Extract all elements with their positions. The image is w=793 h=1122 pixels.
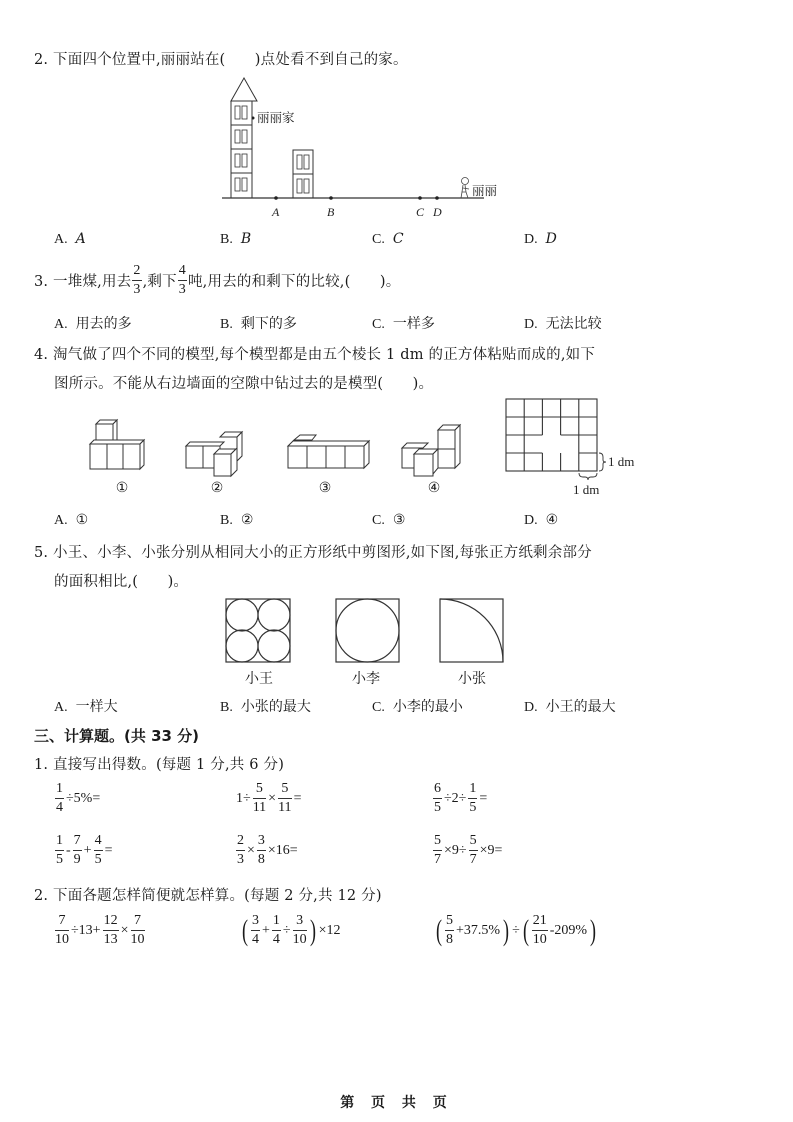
parenthesis: ): [310, 916, 316, 946]
page-footer: 第 页 共 页: [0, 1092, 793, 1112]
operator-text: ×9÷: [444, 843, 467, 859]
figure-caption-xiaozhang: 小张: [452, 668, 492, 688]
operator-text: =: [479, 791, 487, 807]
fraction: 2110: [532, 914, 548, 947]
operator-text: ×: [268, 791, 276, 807]
cube-model-1-icon: [90, 420, 144, 469]
question-2-stem: 2. 下面四个位置中,丽丽站在( )点处看不到自己的家。: [34, 48, 408, 69]
parenthesis: ): [503, 916, 509, 946]
fraction: 65: [433, 782, 442, 815]
fraction: 79: [73, 834, 82, 867]
operator-text: ×12: [319, 923, 341, 939]
q5-option-d[interactable]: D.小王的最大: [524, 696, 616, 716]
one-circle-square-icon: [336, 599, 399, 662]
calc-item: 65÷2÷15=: [432, 782, 488, 815]
fraction: 34: [251, 914, 260, 947]
parenthesis: (: [242, 916, 248, 946]
q2-option-a[interactable]: A.A: [54, 231, 86, 248]
operator-text: +: [262, 923, 270, 939]
calc-item: 1÷511×511=: [235, 782, 302, 815]
fraction: 310: [293, 914, 307, 947]
operator-text: +37.5%: [456, 923, 500, 939]
cube-models-figure: [80, 418, 480, 478]
fraction: 511: [278, 782, 291, 815]
q3-option-a[interactable]: A.用去的多: [54, 313, 132, 333]
fraction: 38: [257, 834, 266, 867]
operator-text: =: [105, 843, 113, 859]
wall-dim-right: 1 dm: [608, 454, 634, 469]
section-3-part-2-title: 2. 下面各题怎样简便就怎样算。(每题 2 分,共 12 分): [34, 884, 382, 905]
parenthesis: (: [436, 916, 442, 946]
operator-text: -: [66, 843, 71, 859]
operator-text: +: [84, 843, 92, 859]
cube-model-2-icon: [186, 432, 242, 476]
operator-text: =: [294, 791, 302, 807]
quarter-circle-square-icon: [440, 599, 503, 662]
section-3-title: 三、计算题。(共 33 分): [34, 725, 199, 746]
operator-text: ÷13+: [71, 923, 101, 939]
wall-dim-bottom: 1 dm: [573, 482, 599, 497]
fraction: 43: [178, 264, 187, 297]
operator-text: 1÷: [236, 791, 251, 807]
question-4-stem-line1: 4. 淘气做了四个不同的模型,每个模型都是由五个棱长 1 dm 的正方体粘贴而成…: [34, 343, 595, 364]
fraction: 14: [55, 782, 64, 815]
fraction: 511: [253, 782, 266, 815]
q3-option-c[interactable]: C.一样多: [372, 313, 435, 333]
calc-item: 15-79+45=: [54, 834, 113, 867]
operator-text: ×9=: [480, 843, 503, 859]
operator-text: ÷: [283, 923, 291, 939]
calc-item: 14÷5%=: [54, 782, 101, 815]
person-icon: [461, 178, 469, 199]
q4-option-b[interactable]: B.②: [220, 512, 253, 529]
model-1-caption: ①: [108, 480, 136, 496]
cube-model-4-icon: [402, 425, 460, 476]
calc-item: 710÷13+1213×710: [54, 914, 146, 947]
operator-text: -209%: [550, 923, 587, 939]
model-3-caption: ③: [311, 480, 339, 496]
fraction: 710: [55, 914, 69, 947]
point-c: C: [416, 205, 425, 219]
home-label: 丽丽家: [257, 110, 295, 125]
calc-item: (58+37.5%)÷(2110-209%): [434, 914, 598, 947]
q2-option-b[interactable]: B.B: [220, 231, 251, 248]
fraction: 15: [55, 834, 64, 867]
section-3-part-1-title: 1. 直接写出得数。(每题 1 分,共 6 分): [34, 753, 284, 774]
fraction: 710: [131, 914, 145, 947]
wall-grid-figure: 1 dm 1 dm: [505, 398, 655, 498]
cube-model-3-icon: [288, 435, 369, 468]
q2-option-c[interactable]: C.C: [372, 231, 404, 248]
tall-building-icon: [231, 78, 257, 198]
fraction: 58: [445, 914, 454, 947]
person-label: 丽丽: [472, 183, 497, 198]
point-d: D: [432, 205, 442, 219]
model-2-caption: ②: [203, 480, 231, 496]
fraction: 57: [469, 834, 478, 867]
question-4-stem-line2: 图所示。不能从右边墙面的空隙中钻过去的是模型( )。: [54, 372, 433, 393]
operator-text: ×16=: [268, 843, 298, 859]
figure-caption-xiaoli: 小李: [346, 668, 386, 688]
point-a: A: [271, 205, 280, 219]
short-building-icon: [293, 150, 313, 198]
four-circles-square-icon: [226, 599, 290, 662]
q5-figures: [225, 598, 505, 668]
operator-text: ÷5%=: [66, 791, 100, 807]
q2-figure: 丽丽家 A B C D 丽丽: [222, 78, 522, 223]
question-5-stem-line2: 的面积相比,( )。: [54, 570, 188, 591]
q4-option-c[interactable]: C.③: [372, 512, 405, 529]
parenthesis: (: [523, 916, 529, 946]
fraction: 45: [94, 834, 103, 867]
q4-option-a[interactable]: A.①: [54, 512, 88, 529]
operator-text: ÷2÷: [444, 791, 466, 807]
fraction: 1213: [103, 914, 119, 947]
calc-item: (34+14÷310)×12: [240, 914, 342, 947]
q5-option-a[interactable]: A.一样大: [54, 696, 118, 716]
calc-item: 57×9÷57×9=: [432, 834, 503, 867]
q4-option-d[interactable]: D.④: [524, 512, 558, 529]
q3-option-d[interactable]: D.无法比较: [524, 313, 602, 333]
fraction: 23: [236, 834, 245, 867]
q5-option-b[interactable]: B.小张的最大: [220, 696, 311, 716]
question-5-stem-line1: 5. 小王、小李、小张分别从相同大小的正方形纸中剪图形,如下图,每张正方纸剩余部…: [34, 541, 592, 562]
calc-item: 23×38×16=: [235, 834, 299, 867]
q5-option-c[interactable]: C.小李的最小: [372, 696, 463, 716]
fraction: 14: [272, 914, 281, 947]
q3-option-b[interactable]: B.剩下的多: [220, 313, 297, 333]
fraction: 23: [132, 264, 141, 297]
fraction: 57: [433, 834, 442, 867]
operator-text: ×: [121, 923, 129, 939]
figure-caption-xiaowang: 小王: [239, 668, 279, 688]
q2-option-d[interactable]: D.D: [524, 231, 557, 248]
operator-text: ×: [247, 843, 255, 859]
point-b: B: [327, 205, 335, 219]
fraction: 15: [468, 782, 477, 815]
model-4-caption: ④: [420, 480, 448, 496]
question-3-stem: 3. 一堆煤,用去 23 ,剩下 43 吨,用去的和剩下的比较,( )。: [34, 264, 400, 297]
operator-text: ÷: [512, 923, 520, 939]
parenthesis: ): [590, 916, 596, 946]
